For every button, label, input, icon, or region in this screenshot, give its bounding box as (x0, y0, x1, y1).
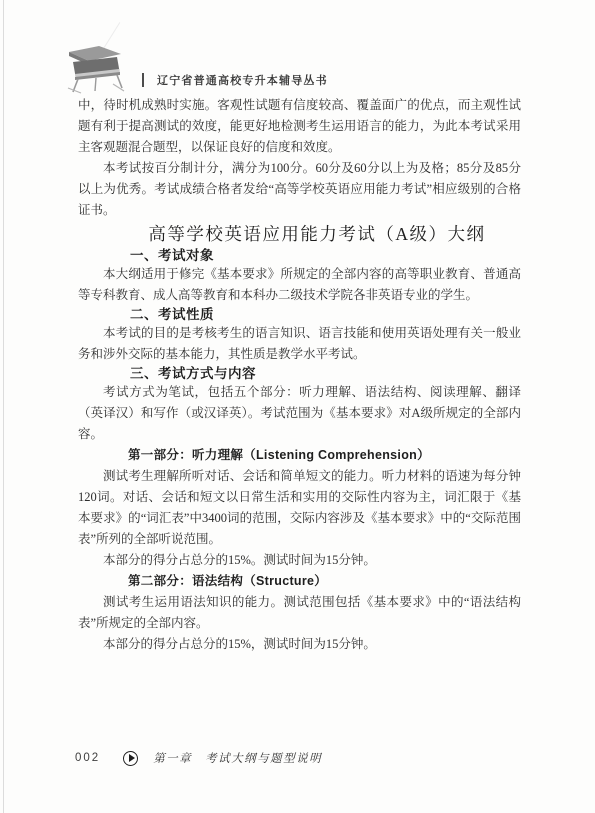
body-paragraph: 考试方式为笔试，包括五个部分：听力理解、语法结构、阅读理解、翻译（英译汉）和写作… (78, 382, 521, 445)
intro-paragraph: 本考试按百分制计分，满分为100分。60分及60分以上为及格；85分及85分以上… (78, 158, 521, 221)
intro-paragraph: 中，待时机成熟时实施。客观性试题有信度较高、覆盖面广的优点，而主观性试题有利于提… (78, 95, 521, 158)
section-heading-2: 二、考试性质 (78, 306, 521, 323)
chapter-title: 第一章 考试大纲与题型说明 (153, 750, 322, 766)
book-page: 辽宁省普通高校专升本辅导丛书 中，待时机成熟时实施。客观性试题有信度较高、覆盖面… (0, 0, 595, 813)
body-paragraph: 本大纲适用于修完《基本要求》所规定的全部内容的高等职业教育、普通高等专科教育、成… (78, 264, 521, 306)
page-header: 辽宁省普通高校专升本辅导丛书 (63, 42, 328, 94)
section-heading-1: 一、考试对象 (78, 247, 521, 264)
document-title: 高等学校英语应用能力考试（A级）大纲 (78, 221, 521, 247)
page-number: 002 (75, 752, 100, 764)
body-paragraph: 本部分的得分占总分的15%，测试时间为15分钟。 (78, 634, 521, 655)
body-paragraph: 测试考生理解所听对话、会话和简单短文的能力。听力材料的语速为每分钟120词。对话… (78, 466, 521, 550)
body-paragraph: 测试考生运用语法知识的能力。测试范围包括《基本要求》中的“语法结构表”所规定的全… (78, 592, 521, 634)
part-heading-listening: 第一部分：听力理解（Listening Comprehension） (78, 445, 521, 466)
body-paragraph: 本考试的目的是考核考生的语言知识、语言技能和使用英语处理有关一般业务和涉外交际的… (78, 323, 521, 365)
play-icon (123, 751, 138, 766)
header-divider (142, 73, 144, 87)
grand-piano-icon (63, 44, 125, 94)
series-title: 辽宁省普通高校专升本辅导丛书 (157, 72, 328, 94)
page-content: 中，待时机成熟时实施。客观性试题有信度较高、覆盖面广的优点，而主观性试题有利于提… (78, 95, 521, 655)
page-edge-line (3, 0, 4, 813)
page-footer: 002 第一章 考试大纲与题型说明 (75, 750, 322, 766)
part-heading-structure: 第二部分：语法结构（Structure） (78, 571, 521, 592)
section-heading-3: 三、考试方式与内容 (78, 365, 521, 382)
body-paragraph: 本部分的得分占总分的15%。测试时间为15分钟。 (78, 550, 521, 571)
